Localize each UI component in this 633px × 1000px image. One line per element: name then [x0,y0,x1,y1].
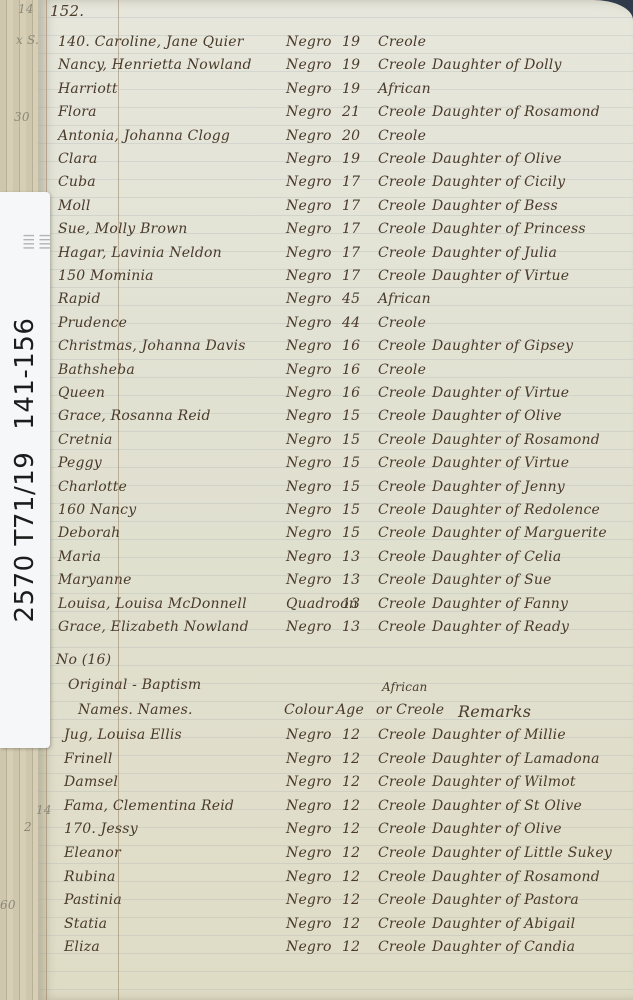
entry-remarks: Daughter of Rosamond [432,432,600,448]
entry-colour: Negro [286,34,332,50]
section-number: No (16) [56,652,111,668]
entry-origin: Creole [378,869,426,885]
entry-name: Maria [58,549,101,565]
entry-name: Cretnia [58,432,113,448]
entry-origin: Creole [378,572,426,588]
entry-origin: Creole [378,315,426,331]
entry-remarks: Daughter of Little Sukey [432,845,612,861]
entry-colour: Negro [286,408,332,424]
margin-note: 14 [18,2,34,16]
entry-origin: Creole [378,408,426,424]
entry-remarks: Daughter of Virtue [432,268,569,284]
entry-origin: African [378,291,431,307]
entry-age: 15 [342,525,360,541]
column-header-original-baptism: Original - Baptism [68,677,201,693]
entry-age: 15 [342,455,360,471]
entry-remarks: Daughter of Olive [432,821,562,837]
entry-age: 19 [342,34,360,50]
margin-note: x S. [16,33,39,47]
entry-origin: Creole [378,549,426,565]
entry-name: Sue, Molly Brown [58,221,187,237]
entry-origin: Creole [378,34,426,50]
entry-remarks: Daughter of Celia [432,549,561,565]
entry-colour: Negro [286,315,332,331]
entry-colour: Negro [286,128,332,144]
entry-name: Statia [64,916,107,932]
entry-origin: Creole [378,939,426,955]
entry-age: 20 [342,128,360,144]
entry-remarks: Daughter of Olive [432,408,562,424]
entry-remarks: Daughter of Redolence [432,502,600,518]
margin-note: 30 [14,110,30,124]
entry-remarks: Daughter of Rosamond [432,104,600,120]
entry-origin: Creole [378,198,426,214]
entry-colour: Negro [286,479,332,495]
entry-name: Christmas, Johanna Davis [58,338,246,354]
entry-name: Fama, Clementina Reid [64,798,234,814]
margin-note: 60 [0,898,16,912]
entry-colour: Negro [286,845,332,861]
entry-age: 15 [342,408,360,424]
entry-age: 12 [342,751,360,767]
entry-remarks: Daughter of Virtue [432,455,569,471]
entry-origin: Creole [378,892,426,908]
entry-age: 19 [342,57,360,73]
entry-origin: Creole [378,221,426,237]
entry-origin: Creole [378,432,426,448]
entry-origin: Creole [378,619,426,635]
entry-origin: Creole [378,338,426,354]
entry-name: Grace, Rosanna Reid [58,408,211,424]
column-header-african: African [382,680,427,694]
entry-age: 13 [342,549,360,565]
entry-remarks: Daughter of Princess [432,221,586,237]
entry-remarks: Daughter of Pastora [432,892,579,908]
entry-colour: Negro [286,151,332,167]
entry-age: 17 [342,268,360,284]
entry-age: 12 [342,727,360,743]
entry-name: Moll [58,198,91,214]
entry-age: 16 [342,385,360,401]
entry-age: 12 [342,939,360,955]
entry-age: 19 [342,151,360,167]
entry-age: 13 [342,572,360,588]
entry-age: 17 [342,198,360,214]
entry-colour: Negro [286,798,332,814]
entry-name: Prudence [58,315,127,331]
entry-name: Eliza [64,939,100,955]
entry-age: 12 [342,869,360,885]
entry-colour: Negro [286,727,332,743]
entry-remarks: Daughter of Sue [432,572,552,588]
entry-name: Jug, Louisa Ellis [64,727,182,743]
entry-name: Cuba [58,174,96,190]
entry-origin: Creole [378,151,426,167]
entry-colour: Negro [286,751,332,767]
column-header-colour: Colour [284,702,333,718]
entry-colour: Negro [286,869,332,885]
entry-age: 12 [342,892,360,908]
column-header-age: Age [336,702,364,718]
archive-reference: 2570 T71/19 [10,452,40,623]
entry-colour: Negro [286,198,332,214]
entry-origin: Creole [378,596,426,612]
entry-age: 21 [342,104,360,120]
archive-reference-tag: IIII IIII 2570 T71/19141-156 [0,192,50,748]
entry-name: Rubina [64,869,116,885]
entry-colour: Negro [286,455,332,471]
entry-colour: Negro [286,821,332,837]
column-header-names: Names. Names. [78,702,193,718]
entry-origin: Creole [378,268,426,284]
entry-colour: Negro [286,338,332,354]
entry-origin: Creole [378,916,426,932]
entry-origin: Creole [378,727,426,743]
entry-origin: Creole [378,245,426,261]
entry-origin: Creole [378,57,426,73]
entry-remarks: Daughter of Wilmot [432,774,576,790]
entry-name: Charlotte [58,479,127,495]
entry-name: Rapid [58,291,101,307]
entry-name: Clara [58,151,98,167]
entry-remarks: Daughter of Ready [432,619,569,635]
entry-colour: Negro [286,572,332,588]
entry-name: 140. Caroline, Jane Quier [58,34,244,50]
entry-name: Louisa, Louisa McDonnell [58,596,247,612]
entry-colour: Negro [286,385,332,401]
entry-colour: Negro [286,939,332,955]
entry-age: 19 [342,81,360,97]
entry-remarks: Daughter of Dolly [432,57,562,73]
entry-name: Queen [58,385,105,401]
entry-origin: Creole [378,385,426,401]
entry-colour: Negro [286,174,332,190]
entry-age: 15 [342,502,360,518]
entry-age: 44 [342,315,360,331]
entry-name: 170. Jessy [64,821,138,837]
entry-age: 16 [342,362,360,378]
entry-colour: Negro [286,221,332,237]
entry-colour: Negro [286,525,332,541]
entry-colour: Negro [286,57,332,73]
entry-name: Grace, Elizabeth Nowland [58,619,249,635]
page-number: 152. [50,2,84,20]
entry-colour: Negro [286,432,332,448]
entry-name: Flora [58,104,97,120]
entry-age: 13 [342,596,360,612]
entry-name: Nancy, Henrietta Nowland [58,57,252,73]
entry-colour: Negro [286,362,332,378]
entry-remarks: Daughter of St Olive [432,798,582,814]
entry-origin: Creole [378,798,426,814]
entry-name: Eleanor [64,845,121,861]
entry-remarks: Daughter of Julia [432,245,557,261]
entry-age: 17 [342,174,360,190]
entry-origin: Creole [378,845,426,861]
entry-name: 160 Nancy [58,502,136,518]
entry-colour: Negro [286,916,332,932]
entry-origin: Creole [378,455,426,471]
entry-remarks: Daughter of Bess [432,198,558,214]
entry-remarks: Daughter of Lamadona [432,751,600,767]
entry-colour: Negro [286,619,332,635]
entry-age: 12 [342,916,360,932]
entry-origin: Creole [378,774,426,790]
margin-note: 2 [24,820,32,834]
entry-age: 17 [342,245,360,261]
entry-name: Deborah [58,525,120,541]
entry-age: 12 [342,845,360,861]
entry-name: Pastinia [64,892,122,908]
entry-colour: Negro [286,291,332,307]
entry-remarks: Daughter of Fanny [432,596,568,612]
entry-colour: Negro [286,81,332,97]
entry-name: Peggy [58,455,102,471]
entry-remarks: Daughter of Virtue [432,385,569,401]
entry-remarks: Daughter of Marguerite [432,525,607,541]
column-header-remarks: Remarks [458,702,531,721]
entry-origin: African [378,81,431,97]
entry-age: 13 [342,619,360,635]
entry-remarks: Daughter of Abigail [432,916,575,932]
entry-remarks: Daughter of Candia [432,939,575,955]
entry-name: Frinell [64,751,113,767]
entry-colour: Negro [286,502,332,518]
entry-age: 17 [342,221,360,237]
entry-colour: Negro [286,549,332,565]
entry-age: 12 [342,798,360,814]
entry-remarks: Daughter of Gipsey [432,338,573,354]
entry-name: Hagar, Lavinia Neldon [58,245,222,261]
entry-age: 15 [342,432,360,448]
entry-age: 15 [342,479,360,495]
column-header-creole: or Creole [376,702,444,718]
entry-name: Antonia, Johanna Clogg [58,128,230,144]
entry-age: 16 [342,338,360,354]
archive-reference-text: 2570 T71/19141-156 [10,318,40,623]
entry-age: 45 [342,291,360,307]
entry-origin: Creole [378,174,426,190]
entry-name: 150 Mominia [58,268,154,284]
entry-origin: Creole [378,751,426,767]
entry-origin: Creole [378,104,426,120]
entry-origin: Creole [378,821,426,837]
entry-name: Harriott [58,81,118,97]
entry-colour: Negro [286,892,332,908]
entry-origin: Creole [378,128,426,144]
entry-remarks: Daughter of Rosamond [432,869,600,885]
margin-note: 14 [36,803,52,817]
entry-origin: Creole [378,362,426,378]
entry-colour: Negro [286,245,332,261]
entry-remarks: Daughter of Jenny [432,479,565,495]
entry-name: Maryanne [58,572,132,588]
entry-colour: Negro [286,268,332,284]
entry-colour: Negro [286,774,332,790]
entry-remarks: Daughter of Cicily [432,174,565,190]
entry-name: Bathsheba [58,362,135,378]
entry-origin: Creole [378,525,426,541]
pencil-tally-mark: IIII IIII [22,226,54,250]
entry-origin: Creole [378,479,426,495]
entry-age: 12 [342,821,360,837]
entry-age: 12 [342,774,360,790]
entry-name: Damsel [64,774,118,790]
entry-remarks: Daughter of Olive [432,151,562,167]
entry-colour: Negro [286,104,332,120]
entry-remarks: Daughter of Millie [432,727,566,743]
archive-range: 141-156 [10,318,40,430]
entry-origin: Creole [378,502,426,518]
